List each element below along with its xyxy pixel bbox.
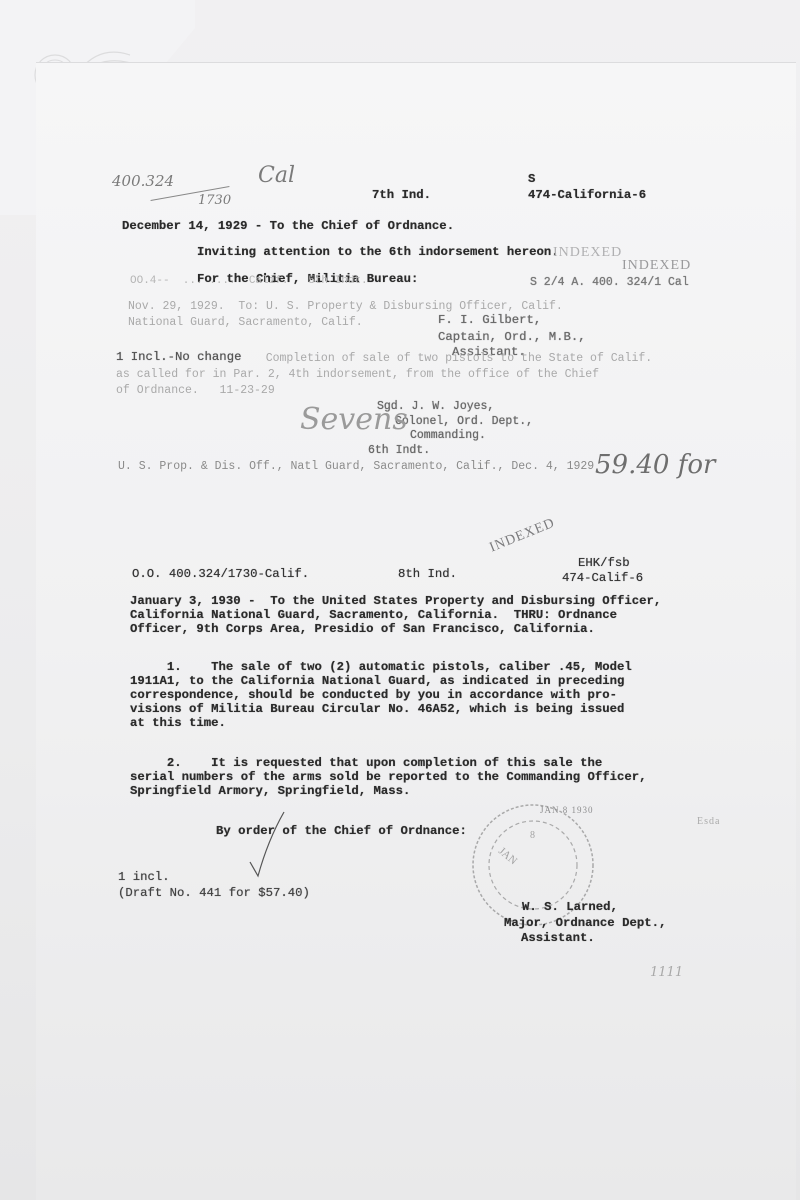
eighth-ind-signer-rank: Major, Ordnance Dept., (504, 916, 666, 930)
faint-line-6: of Ordnance. 11-23-29 (116, 384, 275, 398)
para1-line-3: correspondence, should be conducted by y… (130, 688, 670, 702)
indexed-stamp-2: INDEXED (622, 258, 691, 274)
indexed-stamp-1: INDEXED (553, 245, 622, 261)
handwritten-checkmark-icon (248, 810, 288, 880)
para2-line-3: Springfield Armory, Springfield, Mass. (130, 784, 670, 798)
eighth-ind-paragraph-2: 2. It is requested that upon completion … (130, 756, 670, 798)
para1-line-2: 1911A1, to the California National Guard… (130, 674, 670, 688)
seventh-ind-heading: 7th Ind. (372, 188, 431, 202)
faint-line-11: U. S. Prop. & Dis. Off., Natl Guard, Sac… (118, 460, 594, 474)
para2-line-2: serial numbers of the arms sold be repor… (130, 770, 670, 784)
faint-signature-rank: Colonel, Ord. Dept., (395, 415, 533, 429)
seventh-ind-signer-rank: Captain, Ord., M.B., (438, 330, 586, 344)
handwritten-file-ref: 400.324 (112, 172, 174, 190)
handwritten-margin-scrawl: 59.40 for (595, 450, 715, 480)
faint-line-4: Completion of sale of two pistols to the… (245, 352, 652, 366)
classification-mark: S (528, 172, 535, 186)
faint-line-2: Nov. 29, 1929. To: U. S. Property & Disb… (128, 300, 563, 314)
para1-line-1: 1. The sale of two (2) automatic pistols… (130, 660, 670, 674)
address-line-3: Officer, 9th Corps Area, Presidio of San… (130, 622, 670, 636)
faint-line-3: National Guard, Sacramento, Calif. (128, 316, 363, 330)
eighth-ind-file-no: O.O. 400.324/1730-Calif. (132, 567, 309, 581)
received-stamp-date: JAN 8 1930 (540, 805, 594, 815)
handwritten-state: Cal (258, 163, 295, 188)
faint-line-1: OO.4-- ... .... Calif. 5th Indt. (130, 274, 368, 288)
seventh-ind-signer-name: F. I. Gilbert, (438, 313, 541, 327)
bottom-right-scrawl: 1111 (650, 965, 683, 980)
eighth-ind-signer-name: W. S. Larned, (522, 900, 618, 914)
eighth-ind-ref: 474-Calif-6 (562, 571, 643, 585)
eighth-ind-enclosure-detail: (Draft No. 441 for $57.40) (118, 886, 310, 900)
address-line-1: January 3, 1930 - To the United States P… (130, 594, 670, 608)
seventh-ind-body: Inviting attention to the 6th indorsemen… (197, 245, 559, 259)
faint-sixth-ind: 6th Indt. (368, 444, 430, 458)
reference-stamp: S 2/4 A. 400. 324/1 Cal (530, 276, 689, 290)
eighth-ind-signer-title: Assistant. (521, 931, 595, 945)
svg-text:JAN: JAN (496, 845, 519, 867)
seventh-ind-file-no: 474-California-6 (528, 188, 646, 202)
seventh-ind-date-line: December 14, 1929 - To the Chief of Ordn… (122, 219, 454, 233)
svg-text:8: 8 (530, 830, 535, 841)
para1-line-5: at this time. (130, 716, 670, 730)
eighth-ind-enclosure-count: 1 incl. (118, 870, 170, 884)
side-mark: Esda (697, 816, 720, 827)
handwritten-file-sub: 1730 (198, 193, 231, 208)
eighth-ind-address: January 3, 1930 - To the United States P… (130, 594, 670, 636)
eighth-ind-heading: 8th Ind. (398, 567, 457, 581)
eighth-ind-paragraph-1: 1. The sale of two (2) automatic pistols… (130, 660, 670, 730)
eighth-ind-initials: EHK/fsb (578, 556, 630, 570)
para1-line-4: visions of Militia Bureau Circular No. 4… (130, 702, 670, 716)
seventh-ind-enclosure: 1 Incl.-No change (116, 350, 241, 364)
address-line-2: California National Guard, Sacramento, C… (130, 608, 670, 622)
para2-line-1: 2. It is requested that upon completion … (130, 756, 670, 770)
faint-line-5: as called for in Par. 2, 4th indorsement… (116, 368, 599, 382)
handwritten-signature-scrawl: Sevens (300, 402, 408, 437)
faint-signature-title: Commanding. (410, 429, 486, 443)
